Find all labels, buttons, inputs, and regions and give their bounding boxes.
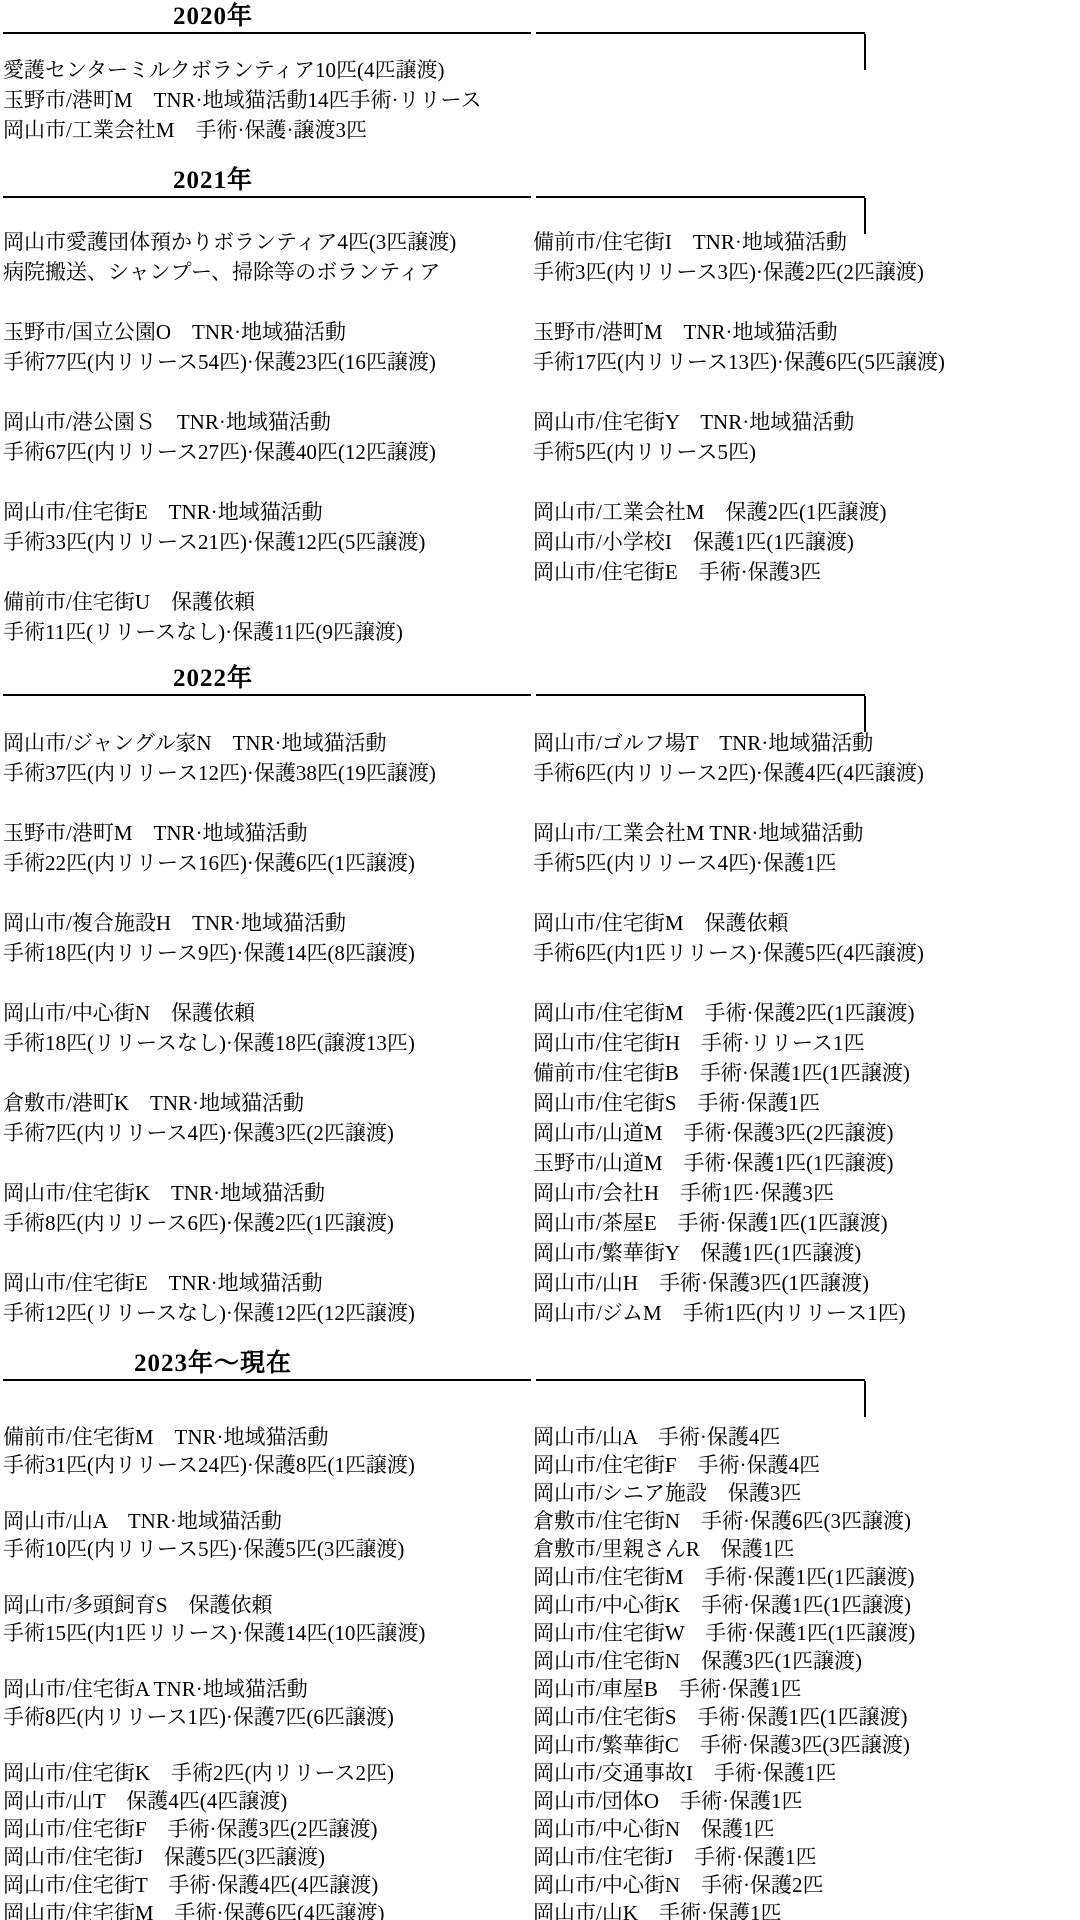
entry-group: 岡山市愛護団体預かりボランティア4匹(3匹譲渡)病院搬送、シャンプー、掃除等のボ… [3, 227, 533, 287]
entry-line: 岡山市/工業会社M TNR·地域猫活動 [533, 818, 1080, 848]
entry-line: 岡山市/住宅街J 手術·保護1匹 [533, 1843, 1080, 1871]
section-body: 備前市/住宅街M TNR·地域猫活動手術31匹(内リリース24匹)·保護8匹(1… [3, 1423, 1080, 1920]
entry-line: 倉敷市/港町K TNR·地域猫活動 [3, 1088, 533, 1118]
entry-line: 岡山市/ジャングル家N TNR·地域猫活動 [3, 728, 533, 758]
column-right: 岡山市/山A 手術·保護4匹岡山市/住宅街F 手術·保護4匹岡山市/シニア施設 … [533, 1423, 1080, 1920]
entry-line: 岡山市/車屋B 手術·保護1匹 [533, 1675, 1080, 1703]
section-body: 岡山市愛護団体預かりボランティア4匹(3匹譲渡)病院搬送、シャンプー、掃除等のボ… [3, 227, 1080, 647]
entry-line: 岡山市/住宅街S 手術·保護1匹 [533, 1088, 1080, 1118]
year-title: 2020年 [3, 5, 423, 29]
entry-line: 岡山市/交通事故I 手術·保護1匹 [533, 1759, 1080, 1787]
entry-line: 倉敷市/里親さんR 保護1匹 [533, 1535, 1080, 1563]
entry-line: 岡山市/工業会社M 保護2匹(1匹譲渡) [533, 497, 1080, 527]
year-title: 2023年〜現在 [3, 1352, 423, 1376]
column-left: 岡山市愛護団体預かりボランティア4匹(3匹譲渡)病院搬送、シャンプー、掃除等のボ… [3, 227, 533, 647]
entry-line: 玉野市/港町M TNR·地域猫活動14匹手術·リリース [3, 85, 1080, 115]
header-rule-gap [531, 196, 536, 198]
entry-line: 岡山市/中心街N 保護依頼 [3, 998, 533, 1028]
entry-group: 岡山市/港公園Ｓ TNR·地域猫活動手術67匹(内リリース27匹)·保護40匹(… [3, 407, 533, 467]
column-right: 備前市/住宅街I TNR·地域猫活動手術3匹(内リリース3匹)·保護2匹(2匹譲… [533, 227, 1080, 587]
entry-line: 岡山市/中心街N 保護1匹 [533, 1815, 1080, 1843]
entry-line: 玉野市/国立公園O TNR·地域猫活動 [3, 317, 533, 347]
entry-line: 手術17匹(内リリース13匹)·保護6匹(5匹譲渡) [533, 347, 1080, 377]
year-header: 2022年 [3, 667, 865, 696]
entry-group: 岡山市/多頭飼育S 保護依頼手術15匹(内1匹リリース)·保護14匹(10匹譲渡… [3, 1591, 533, 1647]
entry-line: 岡山市/住宅街A TNR·地域猫活動 [3, 1675, 533, 1703]
entry-line: 手術18匹(リリースなし)·保護18匹(譲渡13匹) [3, 1028, 533, 1058]
entry-line: 岡山市/ゴルフ場T TNR·地域猫活動 [533, 728, 1080, 758]
entry-line: 備前市/住宅街I TNR·地域猫活動 [533, 227, 1080, 257]
entry-group: 玉野市/港町M TNR·地域猫活動手術17匹(内リリース13匹)·保護6匹(5匹… [533, 317, 1080, 377]
entry-group: 岡山市/中心街N 保護依頼手術18匹(リリースなし)·保護18匹(譲渡13匹) [3, 998, 533, 1058]
entry-line: 岡山市/住宅街K TNR·地域猫活動 [3, 1178, 533, 1208]
entry-line: 岡山市/住宅街E TNR·地域猫活動 [3, 497, 533, 527]
section-2023-to-present: 2023年〜現在 備前市/住宅街M TNR·地域猫活動手術31匹(内リリース24… [3, 1352, 1080, 1920]
activity-report-page: 2020年 愛護センターミルクボランティア10匹(4匹譲渡)玉野市/港町M TN… [0, 0, 1080, 1920]
section-body: 岡山市/ジャングル家N TNR·地域猫活動手術37匹(内リリース12匹)·保護3… [3, 728, 1080, 1328]
entry-line: 備前市/住宅街M TNR·地域猫活動 [3, 1423, 533, 1451]
entry-line: 岡山市/茶屋E 手術·保護1匹(1匹譲渡) [533, 1208, 1080, 1238]
entry-line: 岡山市/山H 手術·保護3匹(1匹譲渡) [533, 1268, 1080, 1298]
entry-line: 手術6匹(内リリース2匹)·保護4匹(4匹譲渡) [533, 758, 1080, 788]
entry-line: 岡山市/住宅街E TNR·地域猫活動 [3, 1268, 533, 1298]
entry-line: 岡山市/中心街N 手術·保護2匹 [533, 1871, 1080, 1899]
entry-line: 岡山市/住宅街M 保護依頼 [533, 908, 1080, 938]
entry-line: 岡山市/山道M 手術·保護3匹(2匹譲渡) [533, 1118, 1080, 1148]
entry-line: 岡山市/住宅街W 手術·保護1匹(1匹譲渡) [533, 1619, 1080, 1647]
header-rule-tick [864, 696, 866, 732]
entry-line: 手術8匹(内リリース1匹)·保護7匹(6匹譲渡) [3, 1703, 533, 1731]
entry-line: 岡山市/住宅街S 手術·保護1匹(1匹譲渡) [533, 1703, 1080, 1731]
entry-group: 岡山市/住宅街E TNR·地域猫活動手術12匹(リリースなし)·保護12匹(12… [3, 1268, 533, 1328]
entry-line: 岡山市/山A 手術·保護4匹 [533, 1423, 1080, 1451]
entry-line: 岡山市/港公園Ｓ TNR·地域猫活動 [3, 407, 533, 437]
entry-line: 岡山市/住宅街K 手術2匹(内リリース2匹) [3, 1759, 533, 1787]
entry-line: 手術10匹(内リリース5匹)·保護5匹(3匹譲渡) [3, 1535, 533, 1563]
section-body: 愛護センターミルクボランティア10匹(4匹譲渡)玉野市/港町M TNR·地域猫活… [3, 55, 1080, 145]
entry-group: 岡山市/住宅街E TNR·地域猫活動手術33匹(内リリース21匹)·保護12匹(… [3, 497, 533, 557]
entry-line: 備前市/住宅街B 手術·保護1匹(1匹譲渡) [533, 1058, 1080, 1088]
entry-line: 玉野市/山道M 手術·保護1匹(1匹譲渡) [533, 1148, 1080, 1178]
header-rule-gap [531, 1379, 536, 1381]
entry-group: 玉野市/港町M TNR·地域猫活動手術22匹(内リリース16匹)·保護6匹(1匹… [3, 818, 533, 878]
entry-group: 玉野市/国立公園O TNR·地域猫活動手術77匹(内リリース54匹)·保護23匹… [3, 317, 533, 377]
entry-line: 病院搬送、シャンプー、掃除等のボランティア [3, 257, 533, 287]
year-header: 2021年 [3, 169, 865, 198]
entry-line: 岡山市/繁華街C 手術·保護3匹(3匹譲渡) [533, 1731, 1080, 1759]
entry-line: 手術3匹(内リリース3匹)·保護2匹(2匹譲渡) [533, 257, 1080, 287]
entry-line: 愛護センターミルクボランティア10匹(4匹譲渡) [3, 55, 1080, 85]
entry-group: 岡山市/住宅街M 手術·保護2匹(1匹譲渡)岡山市/住宅街H 手術·リリース1匹… [533, 998, 1080, 1328]
entry-line: 倉敷市/住宅街N 手術·保護6匹(3匹譲渡) [533, 1507, 1080, 1535]
entry-line: 手術67匹(内リリース27匹)·保護40匹(12匹譲渡) [3, 437, 533, 467]
entry-line: 岡山市/繁華街Y 保護1匹(1匹譲渡) [533, 1238, 1080, 1268]
column-right: 岡山市/ゴルフ場T TNR·地域猫活動手術6匹(内リリース2匹)·保護4匹(4匹… [533, 728, 1080, 1328]
entry-line: 岡山市愛護団体預かりボランティア4匹(3匹譲渡) [3, 227, 533, 257]
entry-group: 岡山市/住宅街K TNR·地域猫活動手術8匹(内リリース6匹)·保護2匹(1匹譲… [3, 1178, 533, 1238]
column-left: 岡山市/ジャングル家N TNR·地域猫活動手術37匹(内リリース12匹)·保護3… [3, 728, 533, 1328]
column-single: 愛護センターミルクボランティア10匹(4匹譲渡)玉野市/港町M TNR·地域猫活… [3, 55, 1080, 145]
year-header: 2020年 [3, 5, 865, 34]
entry-group: 備前市/住宅街I TNR·地域猫活動手術3匹(内リリース3匹)·保護2匹(2匹譲… [533, 227, 1080, 287]
entry-line: 手術31匹(内リリース24匹)·保護8匹(1匹譲渡) [3, 1451, 533, 1479]
header-rule-tick [864, 1381, 866, 1417]
entry-line: 岡山市/山T 保護4匹(4匹譲渡) [3, 1787, 533, 1815]
entry-line: 岡山市/山A TNR·地域猫活動 [3, 1507, 533, 1535]
entry-line: 岡山市/住宅街F 手術·保護3匹(2匹譲渡) [3, 1815, 533, 1843]
entry-group: 愛護センターミルクボランティア10匹(4匹譲渡)玉野市/港町M TNR·地域猫活… [3, 55, 1080, 145]
entry-group: 備前市/住宅街U 保護依頼手術11匹(リリースなし)·保護11匹(9匹譲渡) [3, 587, 533, 647]
column-left: 備前市/住宅街M TNR·地域猫活動手術31匹(内リリース24匹)·保護8匹(1… [3, 1423, 533, 1920]
entry-group: 岡山市/ゴルフ場T TNR·地域猫活動手術6匹(内リリース2匹)·保護4匹(4匹… [533, 728, 1080, 788]
entry-line: 手術18匹(内リリース9匹)·保護14匹(8匹譲渡) [3, 938, 533, 968]
entry-line: 岡山市/多頭飼育S 保護依頼 [3, 1591, 533, 1619]
entry-line: 岡山市/住宅街M 手術·保護6匹(4匹譲渡) [3, 1899, 533, 1920]
entry-line: 岡山市/ジムM 手術1匹(内リリース1匹) [533, 1298, 1080, 1328]
section-2020: 2020年 愛護センターミルクボランティア10匹(4匹譲渡)玉野市/港町M TN… [3, 5, 1080, 145]
section-2022: 2022年 岡山市/ジャングル家N TNR·地域猫活動手術37匹(内リリース12… [3, 667, 1080, 1328]
entry-line: 岡山市/住宅街F 手術·保護4匹 [533, 1451, 1080, 1479]
entry-line: 岡山市/複合施設H TNR·地域猫活動 [3, 908, 533, 938]
entry-line: 手術6匹(内1匹リリース)·保護5匹(4匹譲渡) [533, 938, 1080, 968]
entry-line: 手術12匹(リリースなし)·保護12匹(12匹譲渡) [3, 1298, 533, 1328]
entry-line: 手術8匹(内リリース6匹)·保護2匹(1匹譲渡) [3, 1208, 533, 1238]
section-2021: 2021年 岡山市愛護団体預かりボランティア4匹(3匹譲渡)病院搬送、シャンプー… [3, 169, 1080, 647]
entry-line: 岡山市/会社H 手術1匹·保護3匹 [533, 1178, 1080, 1208]
entry-line: 岡山市/住宅街J 保護5匹(3匹譲渡) [3, 1843, 533, 1871]
entry-line: 岡山市/団体O 手術·保護1匹 [533, 1787, 1080, 1815]
entry-line: 岡山市/住宅街Y TNR·地域猫活動 [533, 407, 1080, 437]
entry-line: 手術15匹(内1匹リリース)·保護14匹(10匹譲渡) [3, 1619, 533, 1647]
entry-line: 玉野市/港町M TNR·地域猫活動 [3, 818, 533, 848]
entry-line: 備前市/住宅街U 保護依頼 [3, 587, 533, 617]
entry-line: 手術5匹(内リリース4匹)·保護1匹 [533, 848, 1080, 878]
entry-line: 岡山市/住宅街M 手術·保護1匹(1匹譲渡) [533, 1563, 1080, 1591]
entry-line: 手術37匹(内リリース12匹)·保護38匹(19匹譲渡) [3, 758, 533, 788]
entry-group: 岡山市/複合施設H TNR·地域猫活動手術18匹(内リリース9匹)·保護14匹(… [3, 908, 533, 968]
entry-group: 倉敷市/港町K TNR·地域猫活動手術7匹(内リリース4匹)·保護3匹(2匹譲渡… [3, 1088, 533, 1148]
entry-group: 岡山市/住宅街A TNR·地域猫活動手術8匹(内リリース1匹)·保護7匹(6匹譲… [3, 1675, 533, 1731]
entry-line: 手術11匹(リリースなし)·保護11匹(9匹譲渡) [3, 617, 533, 647]
entry-line: 手術33匹(内リリース21匹)·保護12匹(5匹譲渡) [3, 527, 533, 557]
entry-group: 備前市/住宅街M TNR·地域猫活動手術31匹(内リリース24匹)·保護8匹(1… [3, 1423, 533, 1479]
entry-group: 岡山市/工業会社M TNR·地域猫活動手術5匹(内リリース4匹)·保護1匹 [533, 818, 1080, 878]
entry-line: 岡山市/小学校I 保護1匹(1匹譲渡) [533, 527, 1080, 557]
header-rule-gap [531, 694, 536, 696]
entry-line: 手術77匹(内リリース54匹)·保護23匹(16匹譲渡) [3, 347, 533, 377]
entry-line: 岡山市/山K 手術·保護1匹 [533, 1899, 1080, 1920]
entry-line: 岡山市/住宅街N 保護3匹(1匹譲渡) [533, 1647, 1080, 1675]
entry-group: 岡山市/山A 手術·保護4匹岡山市/住宅街F 手術·保護4匹岡山市/シニア施設 … [533, 1423, 1080, 1920]
year-title: 2021年 [3, 169, 423, 193]
entry-line: 岡山市/住宅街M 手術·保護2匹(1匹譲渡) [533, 998, 1080, 1028]
entry-line: 岡山市/住宅街E 手術·保護3匹 [533, 557, 1080, 587]
entry-line: 手術7匹(内リリース4匹)·保護3匹(2匹譲渡) [3, 1118, 533, 1148]
entry-group: 岡山市/工業会社M 保護2匹(1匹譲渡)岡山市/小学校I 保護1匹(1匹譲渡)岡… [533, 497, 1080, 587]
entry-group: 岡山市/ジャングル家N TNR·地域猫活動手術37匹(内リリース12匹)·保護3… [3, 728, 533, 788]
header-rule-tick [864, 34, 866, 70]
entry-group: 岡山市/住宅街Y TNR·地域猫活動手術5匹(内リリース5匹) [533, 407, 1080, 467]
entry-line: 玉野市/港町M TNR·地域猫活動 [533, 317, 1080, 347]
year-header: 2023年〜現在 [3, 1352, 865, 1381]
entry-group: 岡山市/住宅街M 保護依頼手術6匹(内1匹リリース)·保護5匹(4匹譲渡) [533, 908, 1080, 968]
entry-group: 岡山市/住宅街K 手術2匹(内リリース2匹)岡山市/山T 保護4匹(4匹譲渡)岡… [3, 1759, 533, 1920]
entry-group: 岡山市/山A TNR·地域猫活動手術10匹(内リリース5匹)·保護5匹(3匹譲渡… [3, 1507, 533, 1563]
entry-line: 岡山市/住宅街H 手術·リリース1匹 [533, 1028, 1080, 1058]
entry-line: 岡山市/住宅街T 手術·保護4匹(4匹譲渡) [3, 1871, 533, 1899]
entry-line: 岡山市/シニア施設 保護3匹 [533, 1479, 1080, 1507]
entry-line: 岡山市/中心街K 手術·保護1匹(1匹譲渡) [533, 1591, 1080, 1619]
entry-line: 岡山市/工業会社M 手術·保護·譲渡3匹 [3, 115, 1080, 145]
header-rule-gap [531, 32, 536, 34]
entry-line: 手術5匹(内リリース5匹) [533, 437, 1080, 467]
header-rule-tick [864, 198, 866, 234]
year-title: 2022年 [3, 667, 423, 691]
entry-line: 手術22匹(内リリース16匹)·保護6匹(1匹譲渡) [3, 848, 533, 878]
